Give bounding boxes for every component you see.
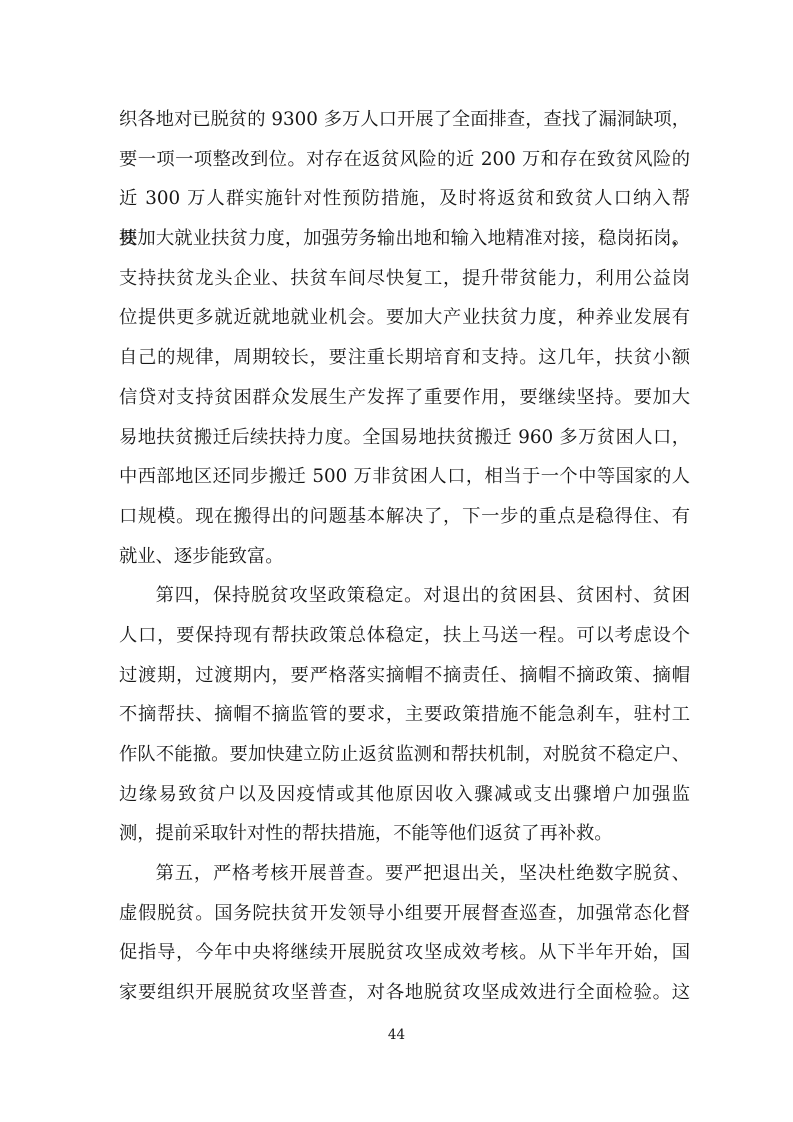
text-line: 自己的规律，周期较长，要注重长期培育和支持。这几年，扶贫小额 — [119, 338, 690, 378]
document-page: 织各地对已脱贫的 9300 多万人口开展了全面排查，查找了漏洞缺项， 要一项一项… — [0, 0, 793, 1122]
text-line: 家要组织开展脱贫攻坚普查，对各地脱贫攻坚成效进行全面检验。这 — [119, 973, 690, 1013]
text-line-paragraph-end: 测，提前采取针对性的帮扶措施，不能等他们返贫了再补救。 — [119, 814, 690, 854]
page-number: 44 — [0, 1024, 793, 1046]
text-line: 近 300 万人群实施针对性预防措施，及时将返贫和致贫人口纳入帮扶。 — [119, 179, 690, 219]
text-line: 虚假脱贫。国务院扶贫开发领导小组要开展督查巡查，加强常态化督 — [119, 894, 690, 934]
text-line: 作队不能撤。要加快建立防止返贫监测和帮扶机制，对脱贫不稳定户、 — [119, 735, 690, 775]
text-line: 信贷对支持贫困群众发展生产发挥了重要作用，要继续坚持。要加大 — [119, 378, 690, 418]
text-line-paragraph-start: 第五，严格考核开展普查。要严把退出关，坚决杜绝数字脱贫、 — [119, 854, 690, 894]
text-line: 位提供更多就近就地就业机会。要加大产业扶贫力度，种养业发展有 — [119, 298, 690, 338]
text-line: 要加大就业扶贫力度，加强劳务输出地和输入地精准对接，稳岗拓岗， — [119, 219, 690, 259]
text-line: 口规模。现在搬得出的问题基本解决了，下一步的重点是稳得住、有 — [119, 497, 690, 537]
text-line: 易地扶贫搬迁后续扶持力度。全国易地扶贫搬迁 960 多万贫困人口， — [119, 418, 690, 458]
text-line: 支持扶贫龙头企业、扶贫车间尽快复工，提升带贫能力，利用公益岗 — [119, 259, 690, 299]
text-line-paragraph-end: 就业、逐步能致富。 — [119, 537, 690, 577]
text-line: 中西部地区还同步搬迁 500 万非贫困人口，相当于一个中等国家的人 — [119, 457, 690, 497]
text-line: 过渡期，过渡期内，要严格落实摘帽不摘责任、摘帽不摘政策、摘帽 — [119, 656, 690, 696]
text-line: 不摘帮扶、摘帽不摘监管的要求，主要政策措施不能急刹车，驻村工 — [119, 695, 690, 735]
text-line: 边缘易致贫户以及因疫情或其他原因收入骤减或支出骤增户加强监 — [119, 775, 690, 815]
text-line: 促指导，今年中央将继续开展脱贫攻坚成效考核。从下半年开始，国 — [119, 933, 690, 973]
text-line: 人口，要保持现有帮扶政策总体稳定，扶上马送一程。可以考虑设个 — [119, 616, 690, 656]
text-line: 要一项一项整改到位。对存在返贫风险的近 200 万和存在致贫风险的 — [119, 140, 690, 180]
text-line-paragraph-start: 第四，保持脱贫攻坚政策稳定。对退出的贫困县、贫困村、贫困 — [119, 576, 690, 616]
document-body: 织各地对已脱贫的 9300 多万人口开展了全面排查，查找了漏洞缺项， 要一项一项… — [119, 100, 690, 1013]
text-line: 织各地对已脱贫的 9300 多万人口开展了全面排查，查找了漏洞缺项， — [119, 100, 690, 140]
